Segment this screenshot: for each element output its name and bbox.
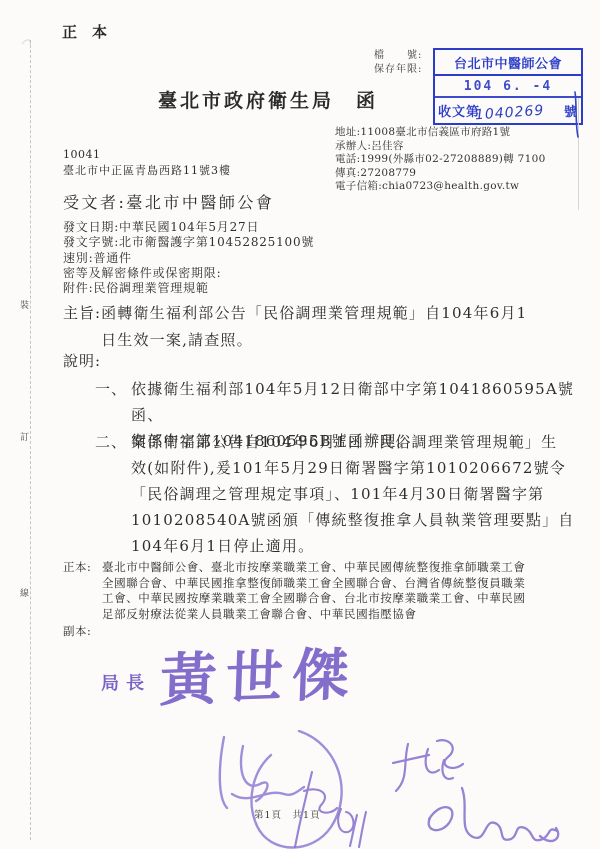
handwritten-signature-upper-right (393, 740, 463, 791)
subject-text: 函轉衛生福利部公告「民俗調理業管理規範」自104年6月1 日生效一案,請查照。 (101, 300, 527, 354)
stamp-receipt-prefix: 收文第 (438, 101, 480, 120)
stamp-date: 104 6. -4 (435, 76, 581, 98)
handwritten-signature-left (220, 731, 342, 848)
archive-retention-labels: 檔 號: 保存年限: (374, 49, 422, 77)
copy-recipients-label: 副本: (63, 623, 91, 639)
binding-mark-zhuang: 裝 (20, 298, 32, 311)
original-recipients-block: 正本: 臺北市中醫師公會、臺北市按摩業職業工會、中華民國傳統整復推拿師職業工會 … (63, 560, 587, 622)
page-footer: 第1頁 共1頁 (254, 807, 321, 821)
item-text: 案係衛福部公告自104年6月1日「民俗調理業管理規範」生 效(如附件),爰101… (131, 429, 574, 559)
binding-mark-xian: 線 (20, 586, 32, 599)
original-recipients-label: 正本: (63, 560, 102, 576)
item-number: 一、 (95, 376, 131, 402)
original-recipients-list: 臺北市中醫師公會、臺北市按摩業職業工會、中華民國傳統整復推拿師職業工會 全國聯合… (102, 560, 587, 622)
signer-title: 局長 (101, 669, 151, 696)
subject-label: 主旨: (63, 300, 101, 327)
scanned-letter-page: 裝 訂 線 正本 檔 號: 保存年限: 臺北市政府衛生局 函 台北市中醫師公會 … (0, 0, 600, 849)
item-number: 二、 (95, 429, 131, 455)
stamp-receipt-suffix: 號 (564, 101, 578, 120)
receipt-stamp: 台北市中醫師公會 104 6. -4 收文第 號 1040269 (433, 48, 583, 125)
sender-contact-block: 地址:11008臺北市信義區市府路1號 承辦人:呂佳容 電話:1999(外縣市0… (335, 126, 546, 194)
document-title: 臺北市政府衛生局 函 (158, 86, 378, 113)
document-meta-block: 發文日期:中華民國104年5月27日 發文字號:北市衛醫護字第104528251… (63, 220, 314, 296)
scan-edge-line (578, 98, 579, 210)
explanation-label: 說明: (63, 350, 101, 371)
binding-mark-ding: 訂 (20, 430, 32, 443)
stamp-org-name: 台北市中醫師公會 (435, 50, 581, 76)
signer-name-calligraphy: 黃世傑 (159, 628, 360, 717)
recipient-zip: 10041 (63, 148, 101, 161)
handwritten-signature-lower-right (429, 788, 559, 841)
explanation-item-2: 二、 案係衛福部公告自104年6月1日「民俗調理業管理規範」生 效(如附件),爰… (95, 429, 574, 559)
recipient-line: 受文者:臺北市中醫師公會 (63, 190, 274, 213)
recipient-address: 臺北市中正區青島西路11號3樓 (63, 162, 231, 178)
copy-type-label: 正本 (62, 21, 122, 42)
subject-block: 主旨: 函轉衛生福利部公告「民俗調理業管理規範」自104年6月1 日生效一案,請… (63, 300, 527, 354)
